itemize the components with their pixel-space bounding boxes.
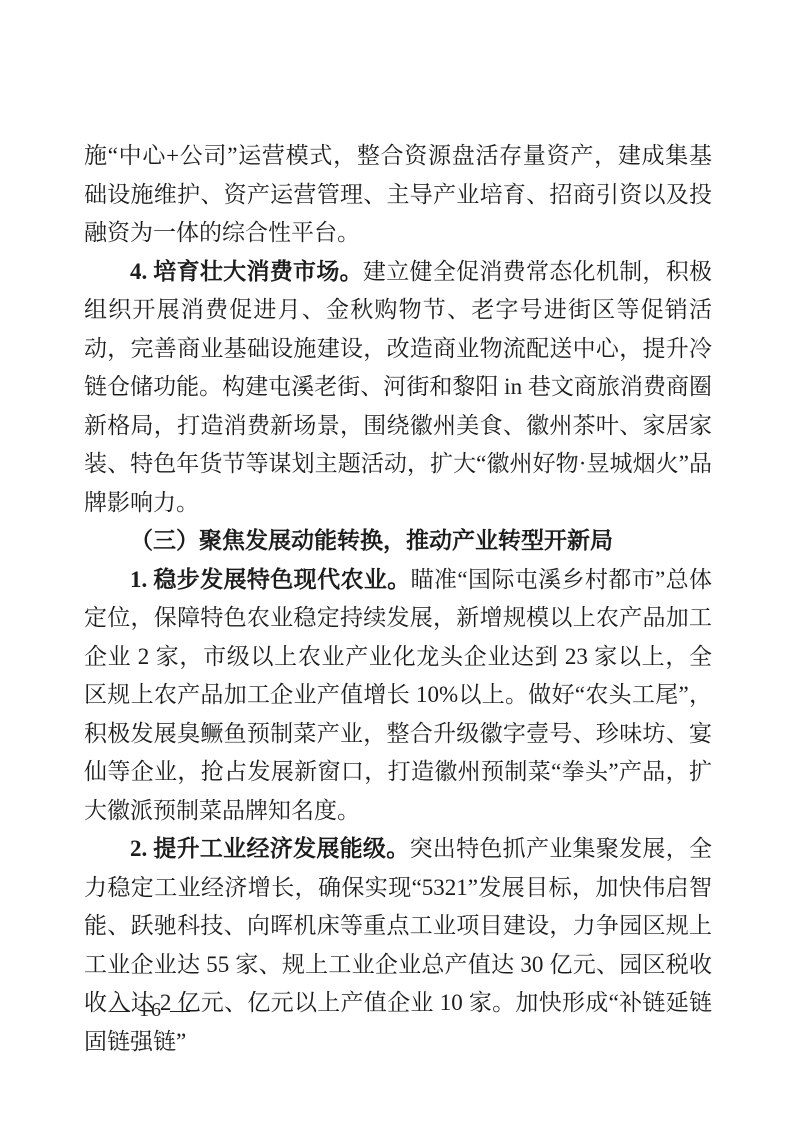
paragraph-continuation: 施“中心+公司”运营模式，整合资源盘活存量资产，建成集基础设施维护、资产运营管理… [84, 137, 712, 253]
paragraph-consumer-market: 4. 培育壮大消费市场。建立健全促消费常态化机制，积极组织开展消费促进月、金秋购… [84, 253, 712, 523]
paragraph-body: 瞄准“国际屯溪乡村都市”总体定位，保障特色农业稳定持续发展，新增规模以上农产品加… [84, 567, 712, 823]
paragraph-lead: 1. 稳步发展特色现代农业。 [130, 567, 411, 592]
paragraph-lead: 2. 提升工业经济发展能级。 [130, 836, 410, 861]
paragraph-body: 施“中心+公司”运营模式，整合资源盘活存量资产，建成集基础设施维护、资产运营管理… [84, 143, 712, 245]
paragraph-body: 建立健全促消费常态化机制，积极组织开展消费促进月、金秋购物节、老字号进街区等促销… [84, 259, 712, 515]
page-number: — 16 — [110, 995, 192, 1025]
paragraph-lead: 4. 培育壮大消费市场。 [130, 259, 363, 284]
section-heading-text: （三）聚焦发展动能转换，推动产业转型开新局 [130, 528, 613, 553]
section-heading: （三）聚焦发展动能转换，推动产业转型开新局 [84, 522, 712, 561]
document-page: 施“中心+公司”运营模式，整合资源盘活存量资产，建成集基础设施维护、资产运营管理… [0, 0, 794, 1122]
paragraph-industry: 2. 提升工业经济发展能级。突出特色抓产业集聚发展，全力稳定工业经济增长，确保实… [84, 830, 712, 1061]
text-content: 施“中心+公司”运营模式，整合资源盘活存量资产，建成集基础设施维护、资产运营管理… [84, 137, 712, 1061]
paragraph-agriculture: 1. 稳步发展特色现代农业。瞄准“国际屯溪乡村都市”总体定位，保障特色农业稳定持… [84, 561, 712, 831]
